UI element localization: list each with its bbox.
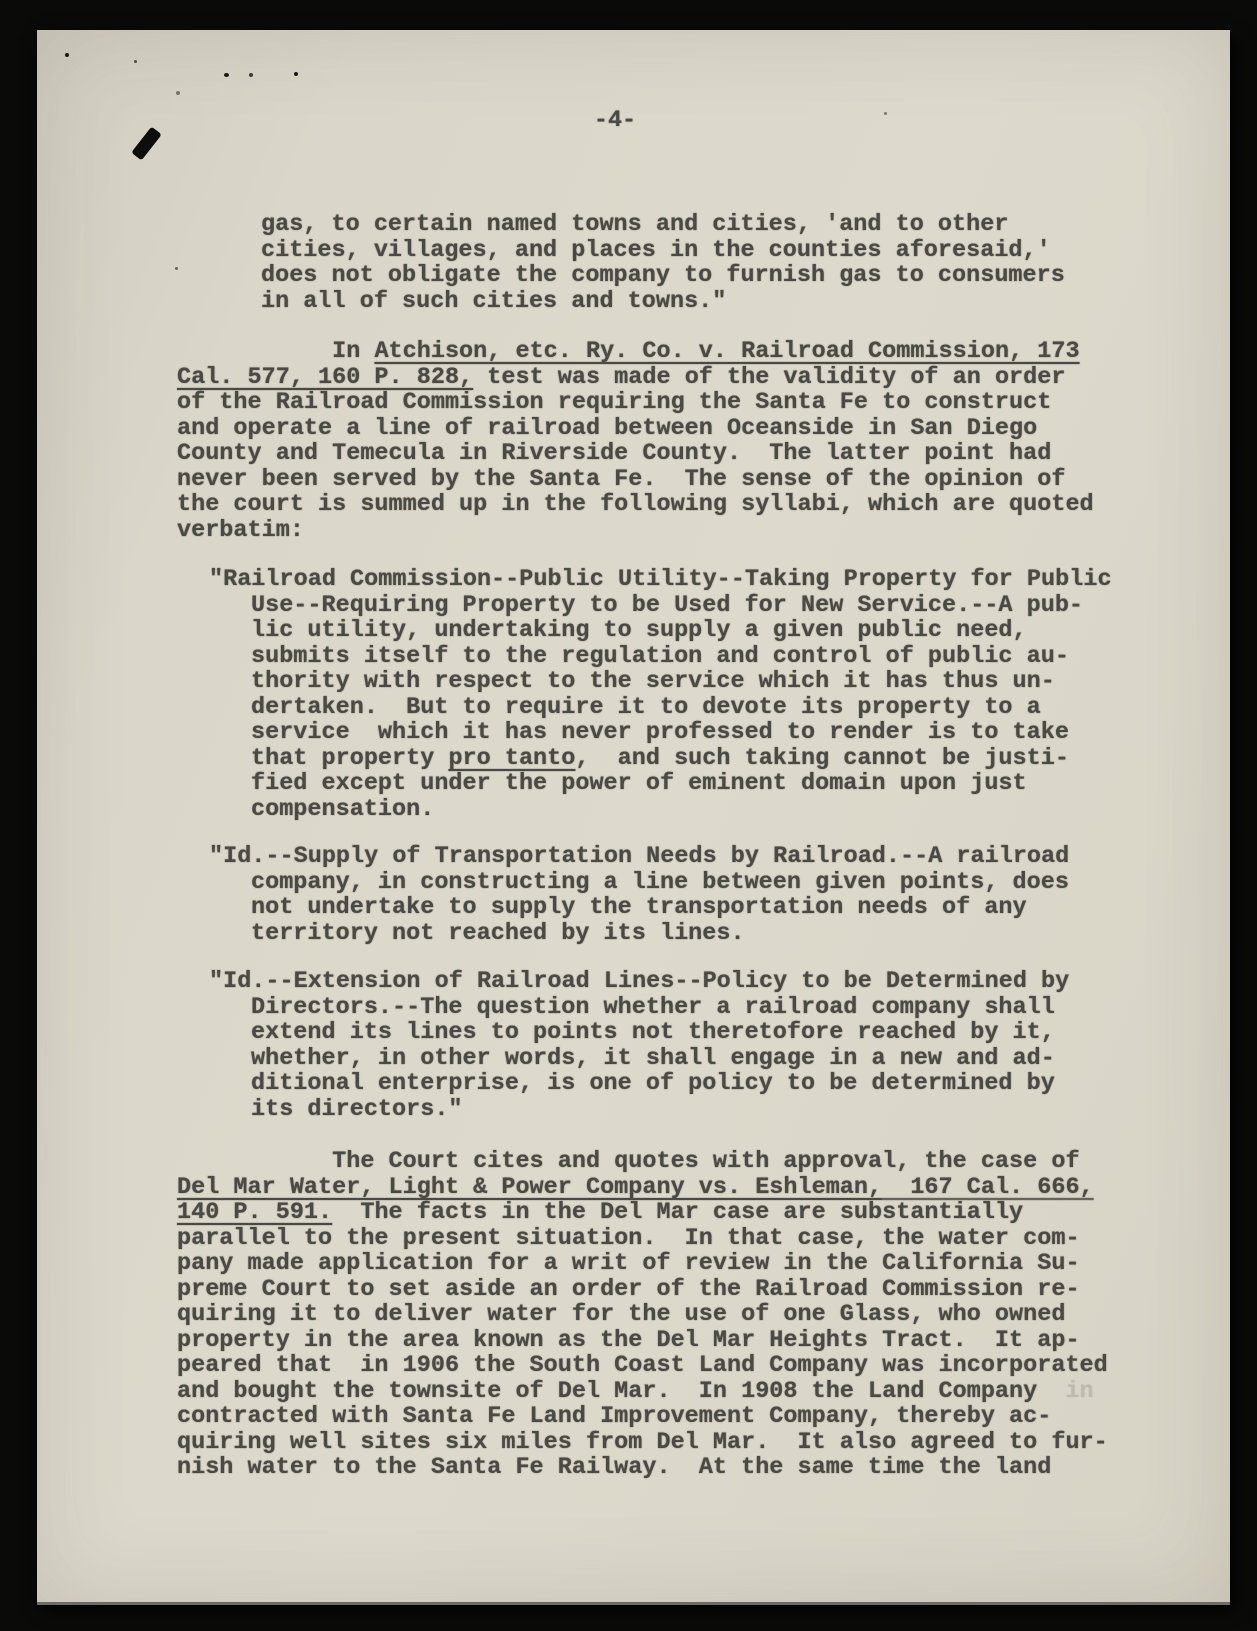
text-line: County and Temecula in Riverside County.…	[177, 441, 1094, 467]
text-line: compensation.	[209, 797, 1112, 823]
syllabus-railroad-commission: "Railroad Commission--Public Utility--Ta…	[209, 567, 1112, 822]
text-line: and bought the townsite of Del Mar. In 1…	[177, 1379, 1108, 1405]
syllabus-extension-of-lines: "Id.--Extension of Railroad Lines--Polic…	[209, 969, 1069, 1122]
ink-blot	[131, 126, 162, 160]
text-line: Directors.--The question whether a railr…	[209, 995, 1069, 1021]
text-line: extend its lines to points not theretofo…	[209, 1020, 1069, 1046]
text-line: ditional enterprise, is one of policy to…	[209, 1071, 1069, 1097]
text-line: fied except under the power of eminent d…	[209, 771, 1112, 797]
paragraph-del-mar-citation: The Court cites and quotes with approval…	[177, 1149, 1108, 1481]
text-line: service which it has never professed to …	[209, 720, 1112, 746]
text-line: in all of such cities and towns."	[261, 289, 1065, 315]
text-line: whether, in other words, it shall engage…	[209, 1046, 1069, 1072]
blockquote-gas: gas, to certain named towns and cities, …	[261, 212, 1065, 314]
ink-speck	[65, 53, 69, 57]
text-line: "Id.--Extension of Railroad Lines--Polic…	[209, 969, 1069, 995]
ink-speck	[294, 72, 298, 76]
text-line: and operate a line of railroad between O…	[177, 416, 1094, 442]
text-line: 140 P. 591. The facts in the Del Mar cas…	[177, 1200, 1108, 1226]
text-line: Cal. 577, 160 P. 828, test was made of t…	[177, 365, 1094, 391]
text-line: "Id.--Supply of Transportation Needs by …	[209, 844, 1069, 870]
paragraph-atchison-citation: In Atchison, etc. Ry. Co. v. Railroad Co…	[177, 339, 1094, 543]
text-line: company, in constructing a line between …	[209, 870, 1069, 896]
text-line: quiring it to deliver water for the use …	[177, 1302, 1108, 1328]
text-line: submits itself to the regulation and con…	[209, 644, 1112, 670]
ink-speck	[884, 112, 887, 115]
ink-speck	[176, 91, 180, 95]
page-number: -4-	[565, 108, 665, 134]
text-line: not undertake to supply the transportati…	[209, 895, 1069, 921]
text-line: of the Railroad Commission requiring the…	[177, 390, 1094, 416]
text-line: parallel to the present situation. In th…	[177, 1226, 1108, 1252]
text-line: thority with respect to the service whic…	[209, 669, 1112, 695]
text-line: its directors."	[209, 1097, 1069, 1123]
ink-speck	[134, 60, 137, 63]
text-line: The Court cites and quotes with approval…	[177, 1149, 1108, 1175]
text-line: contracted with Santa Fe Land Improvemen…	[177, 1404, 1108, 1430]
text-line: dertaken. But to require it to devote it…	[209, 695, 1112, 721]
text-line: property in the area known as the Del Ma…	[177, 1328, 1108, 1354]
ink-speck	[224, 73, 229, 77]
text-line: cities, villages, and places in the coun…	[261, 238, 1065, 264]
ink-speck	[249, 73, 253, 77]
text-line: In Atchison, etc. Ry. Co. v. Railroad Co…	[177, 339, 1094, 365]
syllabus-transportation-needs: "Id.--Supply of Transportation Needs by …	[209, 844, 1069, 946]
text-line: peared that in 1906 the South Coast Land…	[177, 1353, 1108, 1379]
text-line: territory not reached by its lines.	[209, 921, 1069, 947]
text-line: never been served by the Santa Fe. The s…	[177, 467, 1094, 493]
document-page: -4- gas, to certain named towns and citi…	[37, 30, 1230, 1602]
text-line: gas, to certain named towns and cities, …	[261, 212, 1065, 238]
text-line: the court is summed up in the following …	[177, 492, 1094, 518]
text-line: lic utility, undertaking to supply a giv…	[209, 618, 1112, 644]
text-line: quiring well sites six miles from Del Ma…	[177, 1430, 1108, 1456]
text-line: does not obligate the company to furnish…	[261, 263, 1065, 289]
text-line: "Railroad Commission--Public Utility--Ta…	[209, 567, 1112, 593]
text-line: verbatim:	[177, 518, 1094, 544]
text-line: that property pro tanto, and such taking…	[209, 746, 1112, 772]
text-line: Use--Requiring Property to be Used for N…	[209, 593, 1112, 619]
text-line: pany made application for a writ of revi…	[177, 1251, 1108, 1277]
text-line: preme Court to set aside an order of the…	[177, 1277, 1108, 1303]
text-line: nish water to the Santa Fe Railway. At t…	[177, 1455, 1108, 1481]
text-line: Del Mar Water, Light & Power Company vs.…	[177, 1175, 1108, 1201]
ink-speck	[175, 267, 178, 270]
